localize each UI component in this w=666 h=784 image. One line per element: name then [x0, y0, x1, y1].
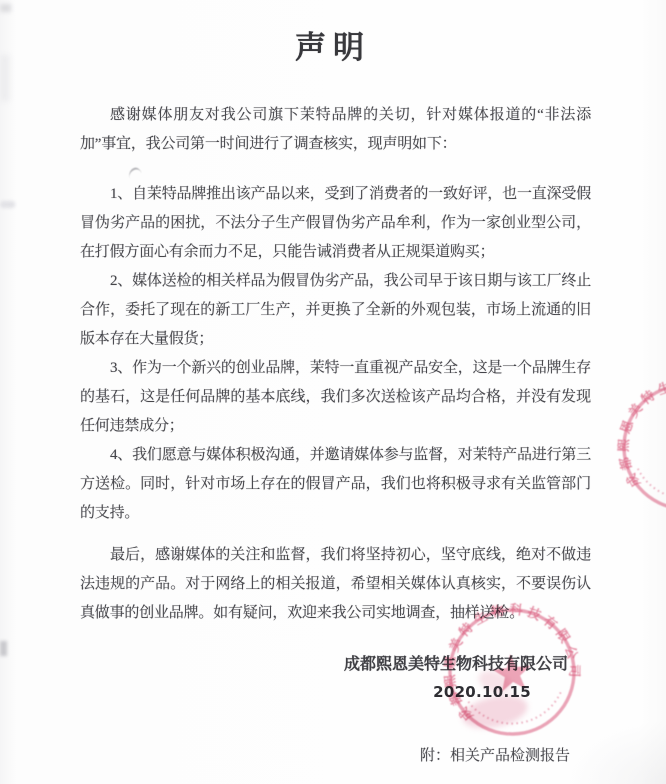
statement-item-3: 3、作为一个新兴的创业品牌，茉特一直重视产品安全，这是一个品牌生存的基石，这是任… — [80, 354, 591, 441]
statement-document-page: 声明 感谢媒体朋友对我公司旗下茉特品牌的关切，针对媒体报道的“非法添加”事宜，我… — [0, 0, 666, 784]
company-seal-icon: 成都熙恩美特生物科技有限公司 — [424, 584, 600, 760]
company-seal-partial-icon: 成都熙恩美特生物科技有限公司 — [601, 362, 666, 533]
statement-item-1: 1、自茉特品牌推出该产品以来，受到了消费者的一致好评，也一直深受假冒伪劣产品的困… — [80, 180, 591, 267]
document-body: 感谢媒体朋友对我公司旗下茉特品牌的关切，针对媒体报道的“非法添加”事宜，我公司第… — [80, 101, 591, 628]
scan-artifact — [0, 201, 15, 208]
statement-item-4: 4、我们愿意与媒体积极沟通，并邀请媒体参与监督，对茉特产品进行第三方送检。同时，… — [80, 441, 591, 528]
intro-paragraph: 感谢媒体朋友对我公司旗下茉特品牌的关切，针对媒体报道的“非法添加”事宜，我公司第… — [80, 101, 591, 159]
scan-artifact — [0, 641, 7, 656]
statement-item-2: 2、媒体送检的相关样品为假冒伪劣产品，我公司早于该日期与该工厂终止合作，委托了现… — [80, 267, 591, 354]
document-title: 声明 — [0, 22, 666, 67]
scan-artifact — [0, 4, 11, 12]
